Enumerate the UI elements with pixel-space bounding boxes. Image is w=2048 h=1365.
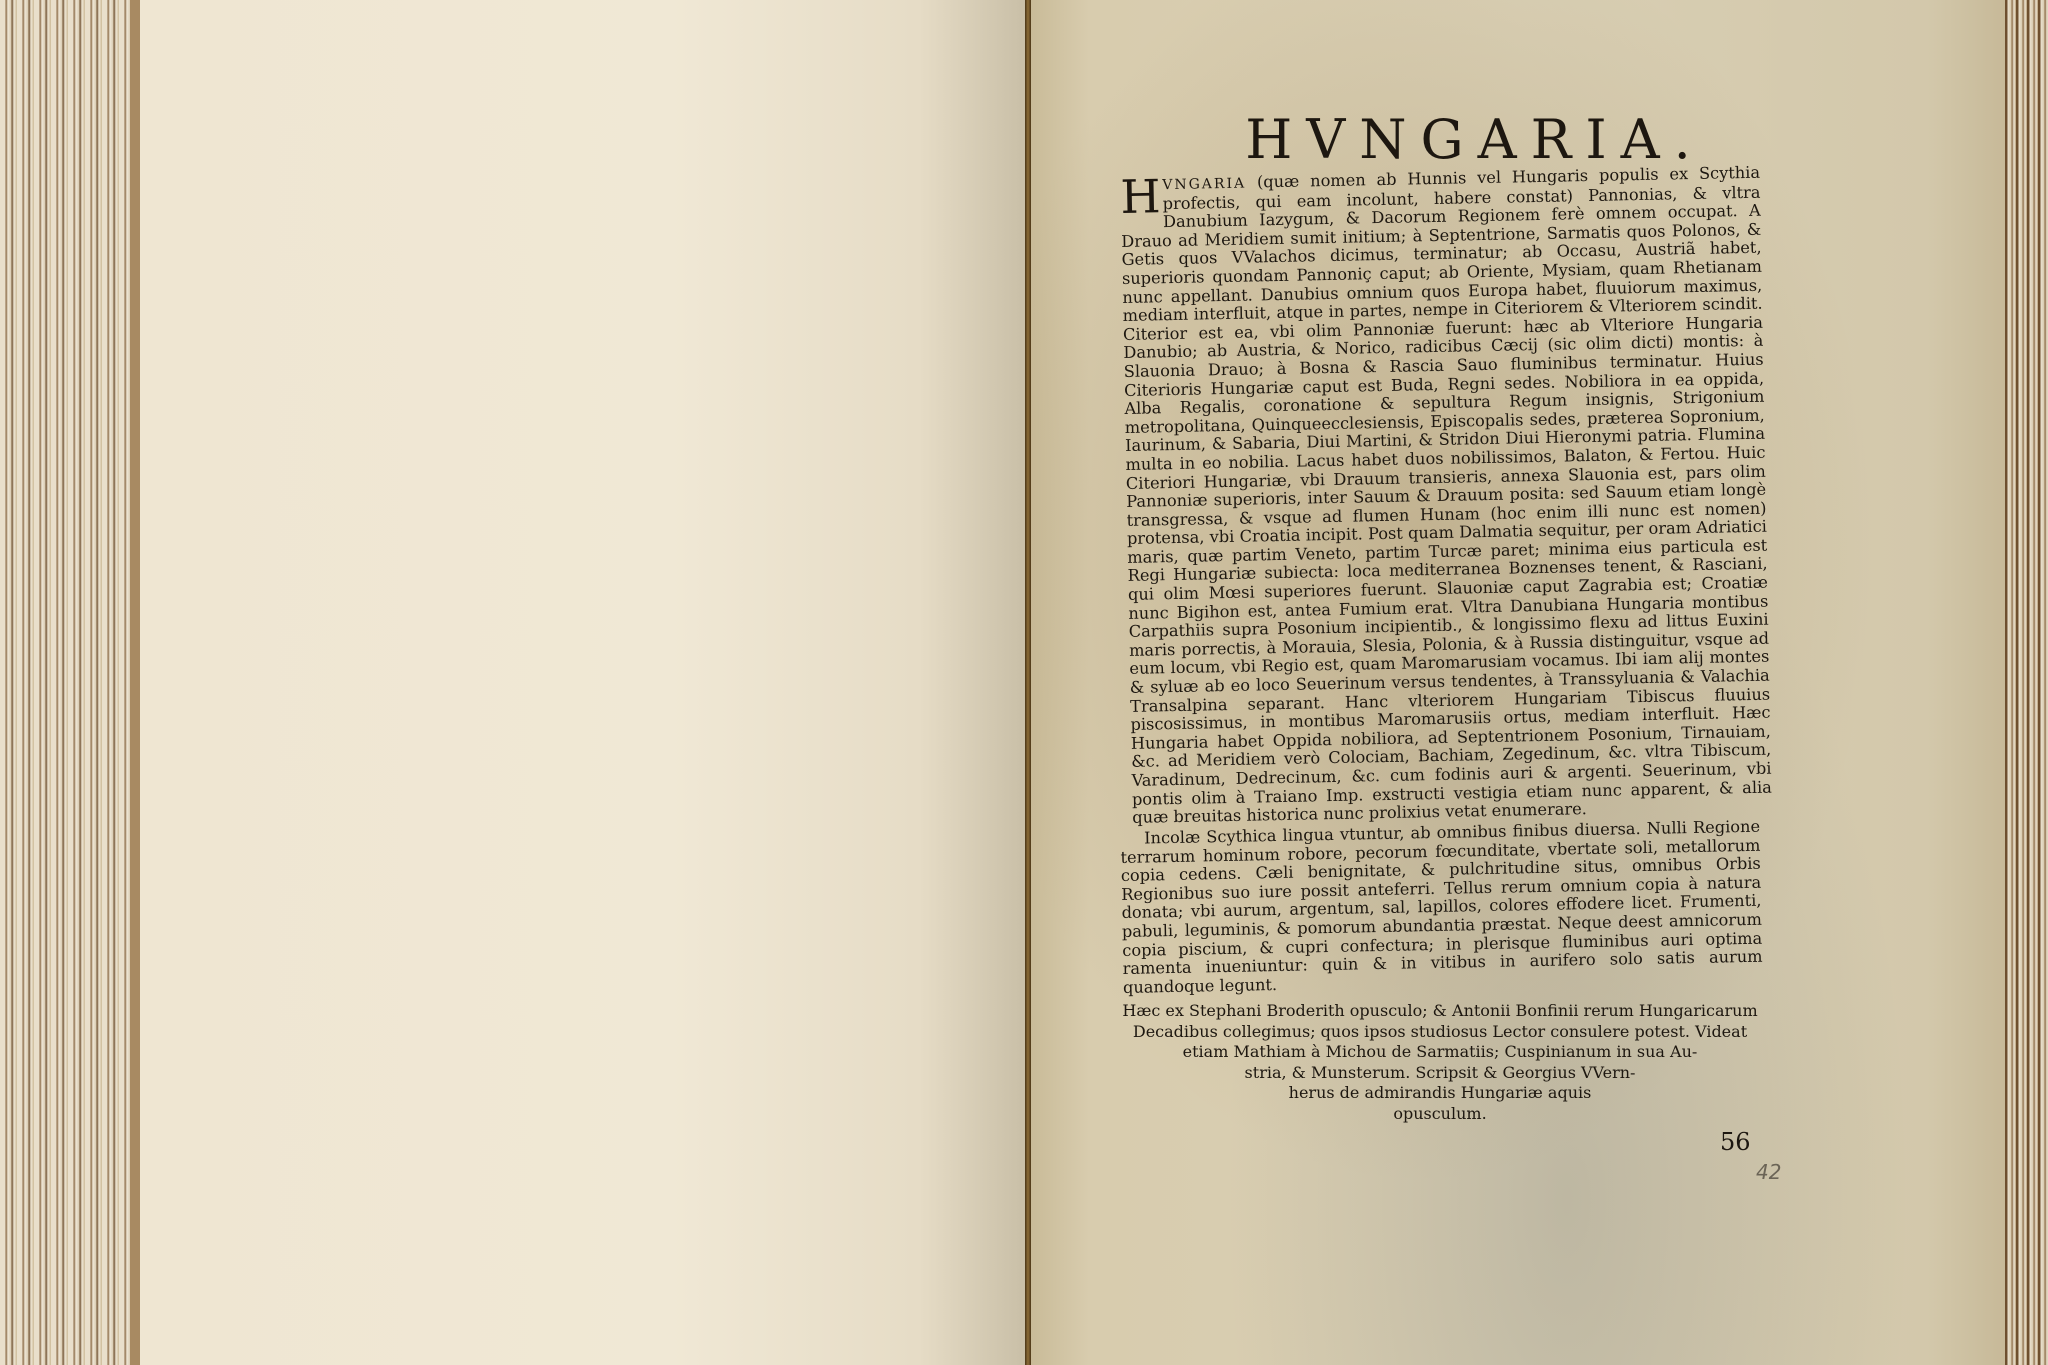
left-fore-edge [0,0,140,1365]
colophon-line: Decadibus collegimus; quos ipsos studios… [1120,1022,1760,1043]
colophon-line: Hæc ex Stephani Broderith opusculo; & An… [1120,1001,1760,1022]
left-blank-page [140,0,1025,1365]
colophon-line: opusculum. [1120,1104,1760,1125]
colophon-line: etiam Mathiam à Michou de Sarmatiis; Cus… [1120,1042,1760,1063]
lead-caps: VNGARIA [1162,176,1246,194]
paragraph-1-text: (quæ nomen ab Hunnis vel Hungaris populi… [1121,163,1772,827]
paragraph-2: Incolæ Scythica lingua vtuntur, ab omnib… [1120,817,1763,997]
colophon-line: stria, & Munsterum. Scripsit & Georgius … [1120,1063,1760,1084]
colophon: Hæc ex Stephani Broderith opusculo; & An… [1120,1001,1760,1124]
colophon-line: herus de admirandis Hungariæ aquis [1120,1083,1760,1104]
page-title: HVNGARIA. [1190,110,1760,170]
page-text-block: HVNGARIA. HVNGARIA (quæ nomen ab Hunnis … [1120,110,1760,1124]
drop-cap: H [1120,177,1161,216]
pencil-annotation: 42 [1756,1160,1781,1184]
paragraph-1: HVNGARIA (quæ nomen ab Hunnis vel Hungar… [1120,164,1772,828]
right-fore-edge [2005,0,2048,1365]
page-number: 56 [1720,1128,1751,1156]
